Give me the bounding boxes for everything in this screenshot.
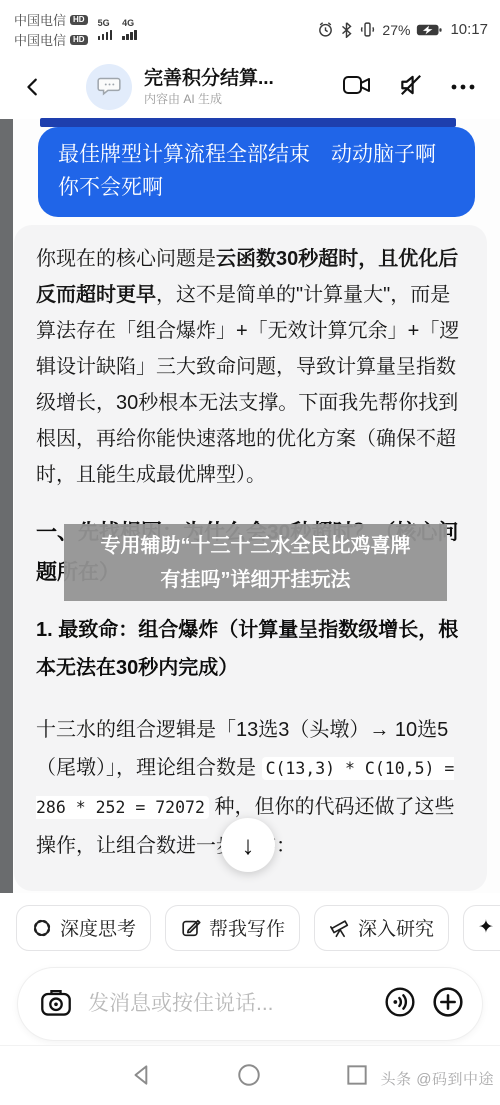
camera-icon[interactable] [40, 987, 72, 1022]
watermark-line: 有挂吗”详细开挂玩法 [64, 563, 447, 597]
voice-wave-icon[interactable] [384, 986, 416, 1023]
battery-percent: 27% [382, 22, 410, 38]
battery-charging-icon [416, 23, 442, 37]
conversation-title: 完善积分结算... [144, 67, 342, 91]
help-write-button[interactable]: 帮我写作 [165, 905, 300, 951]
status-left: 中国电信 HD 中国电信 HD 5G 4G [14, 10, 137, 49]
left-edge-strip [0, 119, 13, 893]
plus-icon[interactable] [432, 986, 464, 1023]
hd-badge: HD [70, 35, 88, 45]
message-input[interactable] [88, 992, 384, 1016]
quick-action-toolbar: 深度思考 帮我写作 深入研究 ✦ AI 创作 [0, 893, 500, 962]
more-options-icon[interactable] [450, 78, 476, 96]
signal-5g-icon: 5G [98, 20, 113, 40]
previous-message-edge [40, 118, 456, 127]
user-message-line: 最佳牌型计算流程全部结束 动动脑子啊 [58, 138, 455, 171]
sparkle-icon: ✦ [478, 918, 494, 937]
carrier-labels: 中国电信 HD 中国电信 HD [14, 10, 88, 49]
nav-recents-icon[interactable] [344, 1062, 370, 1093]
alarm-icon [317, 21, 334, 38]
ai-create-button[interactable]: ✦ AI 创作 [463, 905, 500, 951]
chip-label: 深度思考 [60, 914, 136, 941]
mute-icon[interactable] [398, 72, 424, 103]
system-nav-bar: 头条 @码到中途 [0, 1045, 500, 1105]
signal-4g-icon: 4G [122, 20, 137, 40]
bluetooth-icon [340, 22, 353, 38]
scroll-to-bottom-button[interactable]: ↓ [221, 818, 275, 872]
deep-research-button[interactable]: 深入研究 [314, 905, 449, 951]
status-bar: 中国电信 HD 中国电信 HD 5G 4G [0, 0, 500, 55]
back-button[interactable] [18, 72, 48, 102]
status-time: 10:17 [450, 21, 488, 38]
ai-paragraph-1: 你现在的核心问题是云函数30秒超时，且优化后反而超时更早，这不是简单的"计算量大… [36, 241, 465, 493]
chip-label: 帮我写作 [209, 914, 285, 941]
chat-area[interactable]: 最佳牌型计算流程全部结束 动动脑子啊 你不会死啊 你现在的核心问题是云函数30秒… [0, 119, 500, 893]
vibrate-icon [359, 21, 376, 38]
app-header: 完善积分结算... 内容由 AI 生成 [0, 55, 500, 119]
phone-screen: 中国电信 HD 中国电信 HD 5G 4G [0, 0, 500, 1105]
message-input-pill[interactable] [18, 968, 482, 1040]
deep-think-icon [31, 917, 53, 939]
chip-label: 深入研究 [358, 914, 434, 941]
telescope-icon [329, 917, 351, 939]
chat-bubble-icon [96, 72, 122, 103]
video-call-icon[interactable] [342, 73, 372, 102]
arrow-down-icon: ↓ [242, 830, 255, 861]
nav-back-icon[interactable] [129, 1062, 155, 1093]
carrier-name-2: 中国电信 [14, 30, 66, 49]
compose-icon [180, 917, 202, 939]
hd-badge: HD [70, 15, 88, 25]
watermark-overlay: 专用辅助“十三十三水全民比鸡喜牌 有挂吗”详细开挂玩法 [64, 524, 447, 601]
deep-think-button[interactable]: 深度思考 [16, 905, 151, 951]
user-message-line: 你不会死啊 [58, 171, 455, 204]
user-message-bubble: 最佳牌型计算流程全部结束 动动脑子啊 你不会死啊 [38, 127, 475, 217]
ai-heading-2: 1. 最致命：组合爆炸（计算量呈指数级增长，根本无法在30秒内完成） [36, 611, 465, 687]
ai-generated-note: 内容由 AI 生成 [144, 91, 342, 107]
nav-home-icon[interactable] [236, 1062, 262, 1093]
status-right: 27% 10:17 [317, 21, 488, 38]
watermark-line: 专用辅助“十三十三水全民比鸡喜牌 [64, 529, 447, 563]
creator-watermark: 头条 @码到中途 [381, 1068, 494, 1089]
carrier-name-1: 中国电信 [14, 10, 66, 29]
message-input-area [0, 962, 500, 1045]
chat-avatar[interactable] [86, 64, 132, 110]
